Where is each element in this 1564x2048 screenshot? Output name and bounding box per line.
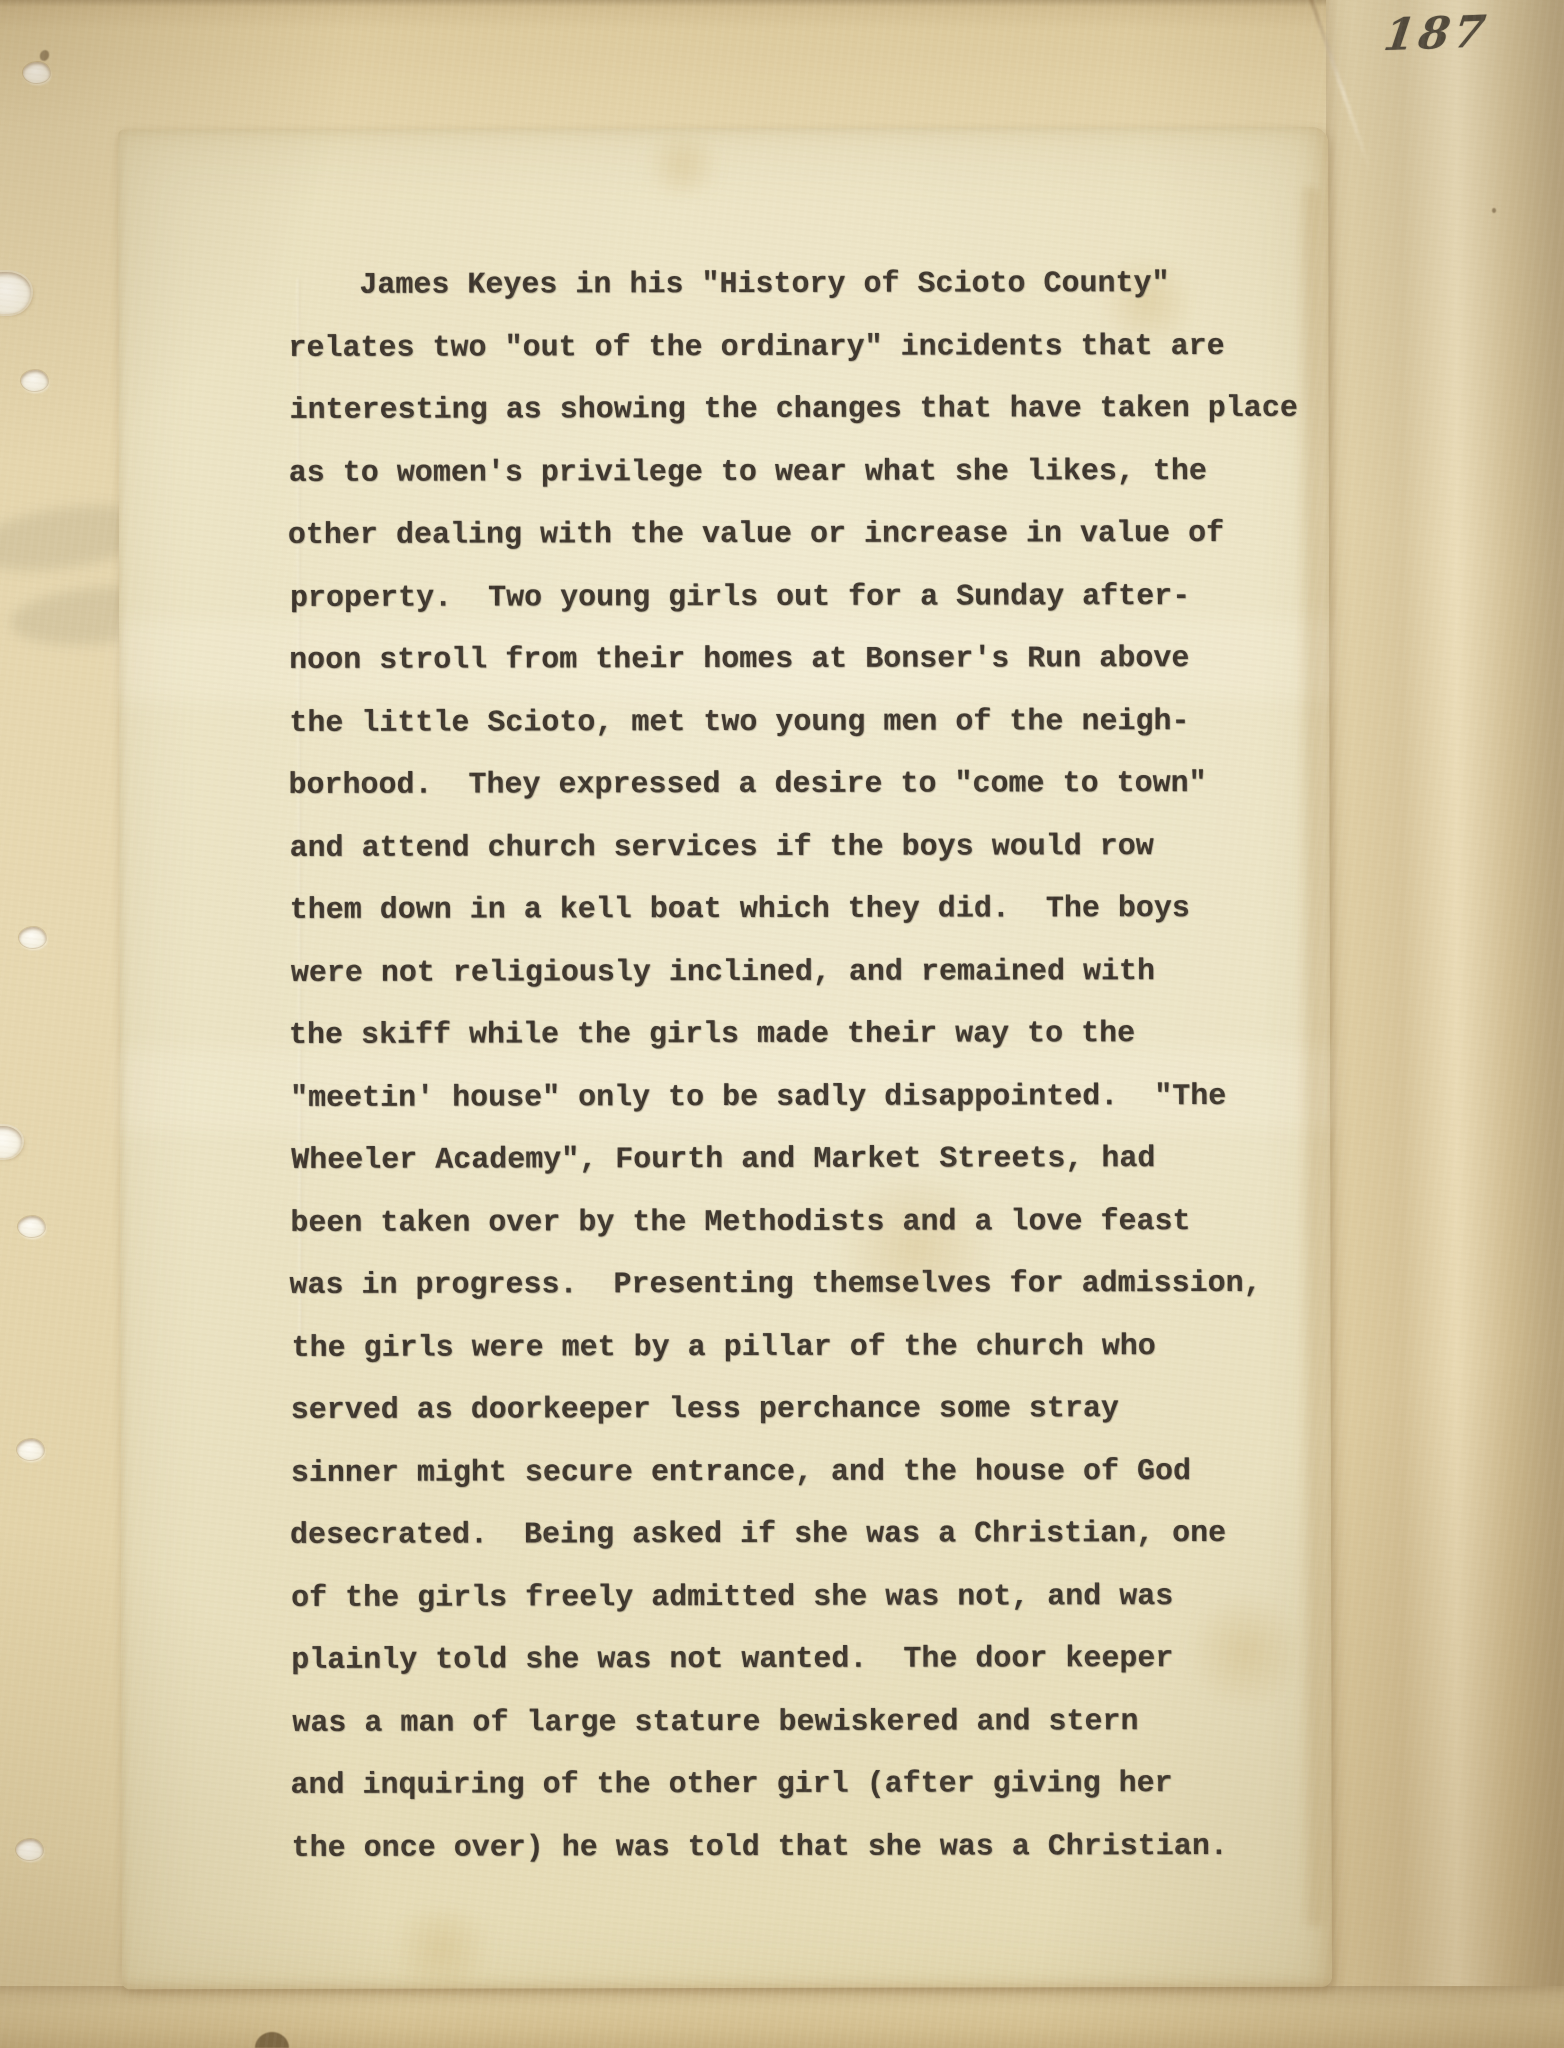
scrapbook-page: James Keyes in his "History of Scioto Co… xyxy=(0,0,1564,2048)
typed-line: other dealing with the value or increase… xyxy=(288,503,1318,568)
typed-line: served as doorkeeper less perchance some… xyxy=(291,1378,1321,1443)
typed-line: and inquiring of the other girl (after g… xyxy=(290,1753,1320,1818)
paper-stain xyxy=(638,135,728,195)
typed-line: of the girls freely admitted she was not… xyxy=(291,1565,1321,1630)
typed-line: James Keyes in his "History of Scioto Co… xyxy=(287,253,1317,318)
punch-hole xyxy=(23,62,50,83)
typed-line: sinner might secure entrance, and the ho… xyxy=(291,1440,1321,1505)
punch-hole xyxy=(16,1839,43,1860)
paper-stain xyxy=(382,1908,502,1988)
typed-line: Wheeler Academy", Fourth and Market Stre… xyxy=(291,1128,1321,1193)
typed-line: the little Scioto, met two young men of … xyxy=(289,690,1319,755)
typed-line: noon stroll from their homes at Bonser's… xyxy=(289,628,1319,693)
typed-line: were not religiously inclined, and remai… xyxy=(291,940,1321,1005)
typed-line: and attend church services if the boys w… xyxy=(289,815,1319,880)
typed-line: been taken over by the Methodists and a … xyxy=(290,1190,1320,1255)
page-right-fold xyxy=(1326,0,1564,2048)
typed-line: as to women's privilege to wear what she… xyxy=(289,440,1319,505)
page-bottom-strip xyxy=(0,1986,1564,2048)
typed-line: was a man of large stature bewiskered an… xyxy=(292,1690,1322,1755)
punch-hole xyxy=(21,370,48,391)
punch-hole xyxy=(17,1439,44,1460)
punch-hole xyxy=(19,927,46,948)
page-number: 187 xyxy=(1379,6,1508,70)
typed-text-block: James Keyes in his "History of Scioto Co… xyxy=(288,253,1321,1880)
typed-line: "meetin' house" only to be sadly disappo… xyxy=(290,1065,1320,1130)
punch-hole-torn xyxy=(0,1126,22,1158)
typed-line: was in progress. Presenting themselves f… xyxy=(289,1253,1319,1318)
typed-line: the girls were met by a pillar of the ch… xyxy=(292,1315,1322,1380)
typed-line: relates two "out of the ordinary" incide… xyxy=(288,315,1318,380)
punch-hole xyxy=(18,1216,45,1237)
typed-line: property. Two young girls out for a Sund… xyxy=(290,565,1320,630)
typed-sheet: James Keyes in his "History of Scioto Co… xyxy=(118,127,1332,1990)
typed-line: the once over) he was told that she was … xyxy=(292,1815,1322,1880)
typed-line: plainly told she was not wanted. The doo… xyxy=(291,1628,1321,1693)
paper-speck xyxy=(1492,208,1496,213)
punch-hole-torn xyxy=(0,272,31,314)
typed-line: interesting as showing the changes that … xyxy=(290,378,1320,443)
typed-line: the skiff while the girls made their way… xyxy=(289,1003,1319,1068)
typed-line: borhood. They expressed a desire to "com… xyxy=(288,753,1318,818)
typed-line: desecrated. Being asked if she was a Chr… xyxy=(290,1503,1320,1568)
typed-line: them down in a kell boat which they did.… xyxy=(290,878,1320,943)
